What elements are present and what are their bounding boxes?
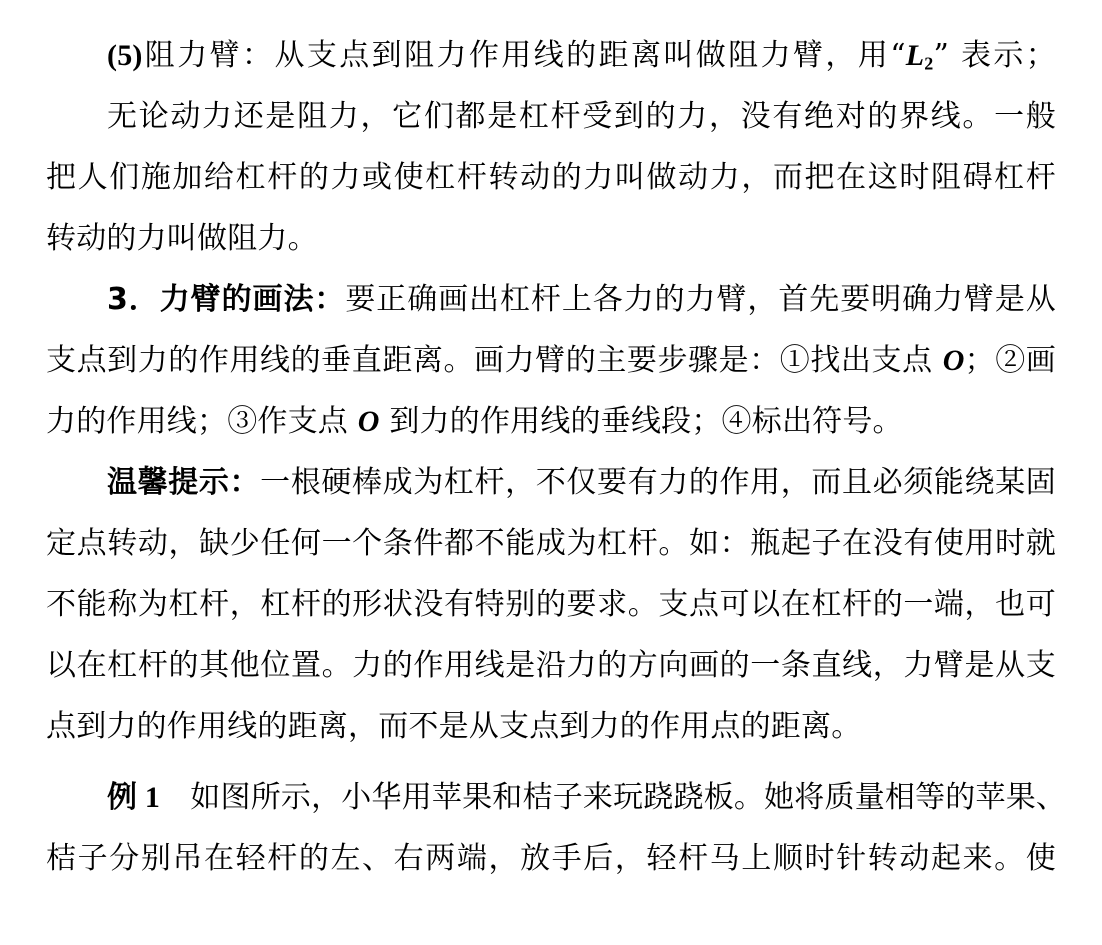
paragraph-line: 以在杠杆的其他位置。力的作用线是沿力的方向画的一条直线，力臂是从支 — [46, 646, 1056, 686]
paragraph-line: 无论动力还是阻力，它们都是杠杆受到的力，没有绝对的界线。一般 — [107, 97, 1056, 137]
paragraph-line: 力的作用线；③作支点 O 到力的作用线的垂线段；④标出符号。 — [46, 402, 1056, 442]
symbol-o: O — [358, 405, 380, 438]
section-heading: 3．力臂的画法： — [107, 282, 345, 317]
item-number: (5) — [107, 39, 143, 72]
tip-heading-line: 温馨提示：一根硬棒成为杠杆，不仅要有力的作用，而且必须能绕某固 — [107, 463, 1056, 503]
paragraph-line: 点到力的作用线的距离，而不是从支点到力的作用点的距离。 — [46, 707, 1056, 747]
paragraph-line: 桔子分别吊在轻杆的左、右两端，放手后，轻杆马上顺时针转动起来。使 — [46, 839, 1056, 879]
document-page: (5)阻力臂：从支点到阻力作用线的距离叫做阻力臂，用“L2” 表示； 无论动力还… — [0, 0, 1102, 945]
example-heading-line: 例 1 如图所示，小华用苹果和桔子来玩跷跷板。她将质量相等的苹果、 — [107, 778, 1056, 818]
example-label: 例 1 — [107, 781, 160, 814]
paragraph-line: 转动的力叫做阻力。 — [46, 219, 1056, 259]
symbol-o: O — [943, 344, 965, 377]
paragraph-line: 定点转动，缺少任何一个条件都不能成为杠杆。如：瓶起子在没有使用时就 — [46, 524, 1056, 564]
section-heading-line: 3．力臂的画法：要正确画出杠杆上各力的力臂，首先要明确力臂是从 — [107, 280, 1056, 320]
tip-heading: 温馨提示： — [107, 465, 260, 500]
paragraph-resistance-arm: (5)阻力臂：从支点到阻力作用线的距离叫做阻力臂，用“L2” 表示； — [107, 36, 1056, 84]
paragraph-line: 不能称为杠杆，杠杆的形状没有特别的要求。支点可以在杠杆的一端，也可 — [46, 585, 1056, 625]
symbol-l: L — [906, 39, 925, 72]
paragraph-line: 支点到力的作用线的垂直距离。画力臂的主要步骤是：①找出支点 O；②画 — [46, 341, 1056, 381]
paragraph-line: 把人们施加给杠杆的力或使杠杆转动的力叫做动力，而把在这时阻碍杠杆 — [46, 158, 1056, 198]
